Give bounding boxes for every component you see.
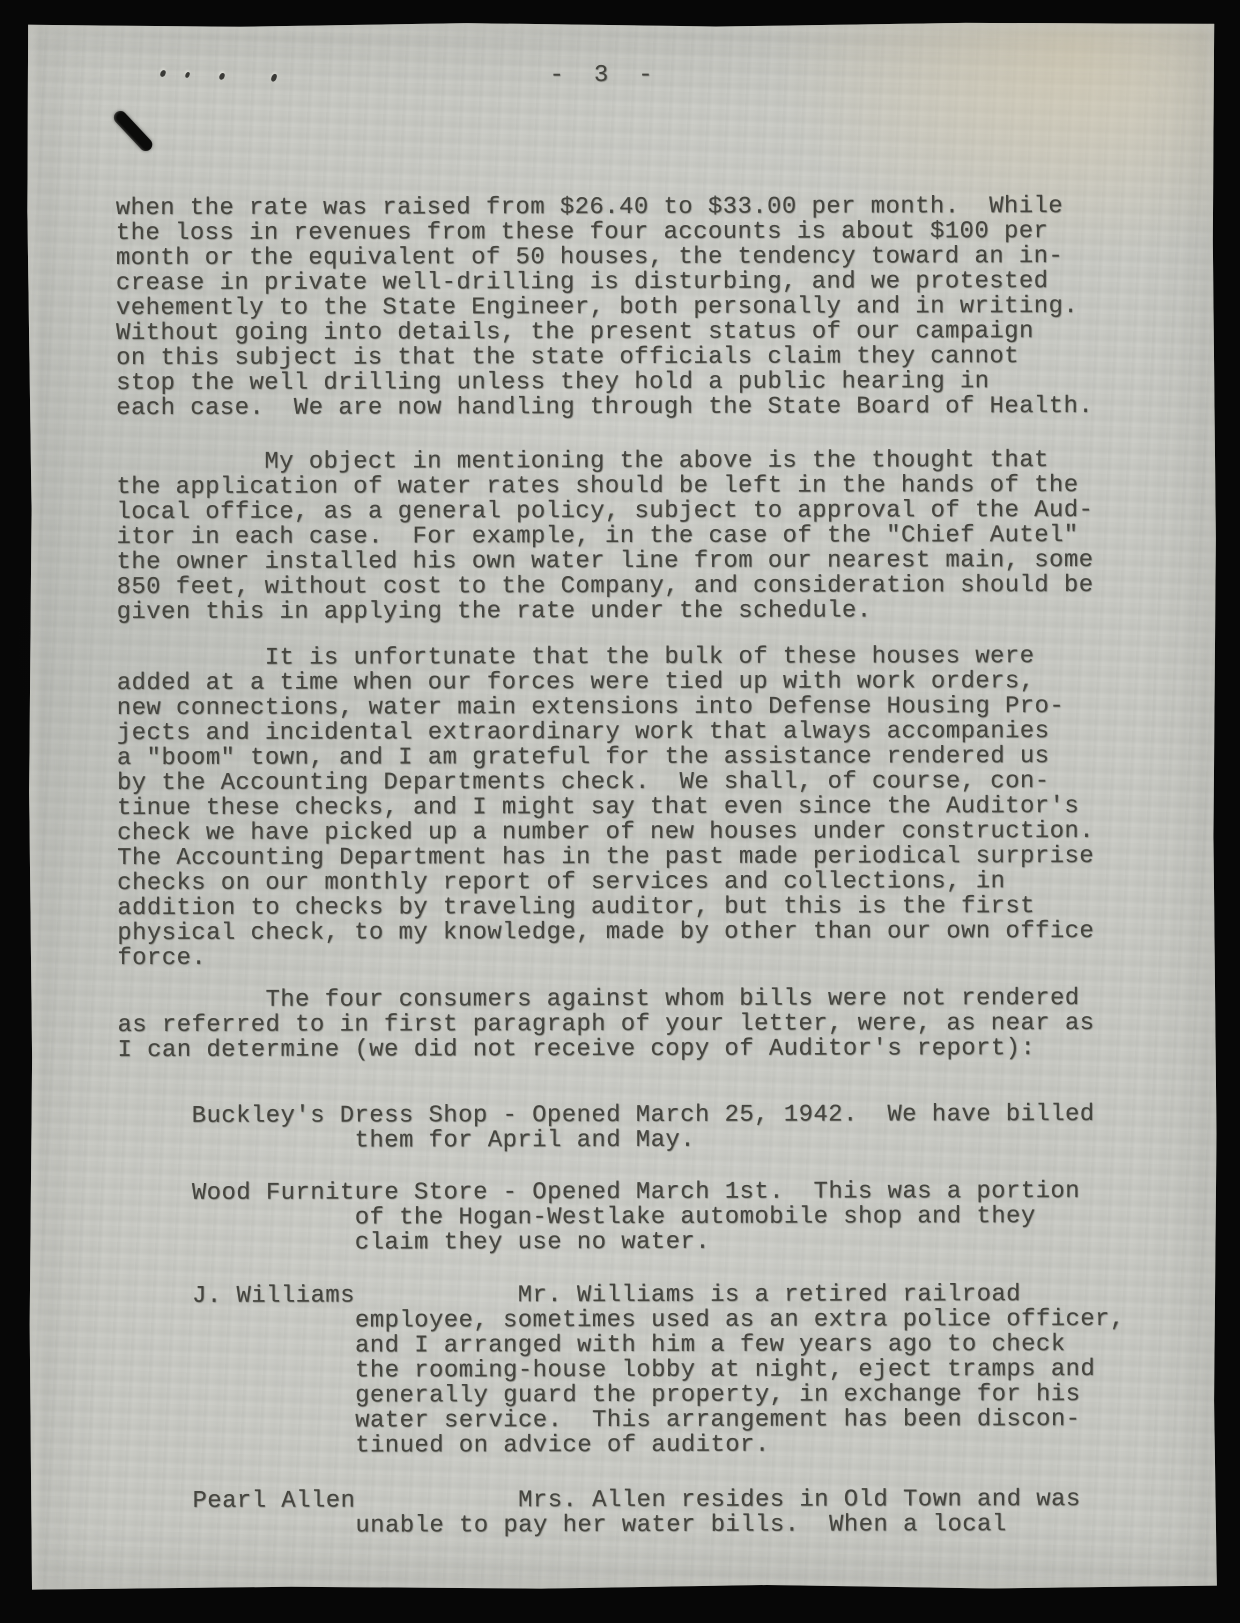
photo-background: - 3 - when the rate was raised from $26.… xyxy=(0,0,1240,1623)
paragraph-four-consumers-intro: The four consumers against whom bills we… xyxy=(117,986,1094,1063)
document-page: - 3 - when the rate was raised from $26.… xyxy=(26,21,1218,1591)
paper-speck xyxy=(270,73,277,82)
paper-speck xyxy=(160,69,167,77)
paragraph-rates-raised: when the rate was raised from $26.40 to … xyxy=(116,194,1093,421)
paragraph-accounting-checks: It is unfortunate that the bulk of these… xyxy=(117,644,1095,971)
punch-hole-tear xyxy=(111,108,155,153)
consumer-entry-buckleys-dress-shop: Buckley's Dress Shop - Opened March 25, … xyxy=(118,1102,1095,1154)
consumer-entry-j-williams: J. Williams Mr. Williams is a retired ra… xyxy=(118,1282,1125,1459)
page-number: - 3 - xyxy=(549,63,653,88)
consumer-entry-wood-furniture-store: Wood Furniture Store - Opened March 1st.… xyxy=(118,1179,1080,1256)
consumer-entry-pearl-allen: Pearl Allen Mrs. Allen resides in Old To… xyxy=(118,1487,1080,1539)
paragraph-water-rates-policy: My object in mentioning the above is the… xyxy=(116,448,1093,625)
paper-speck xyxy=(219,72,226,80)
paper-speck xyxy=(185,71,191,78)
